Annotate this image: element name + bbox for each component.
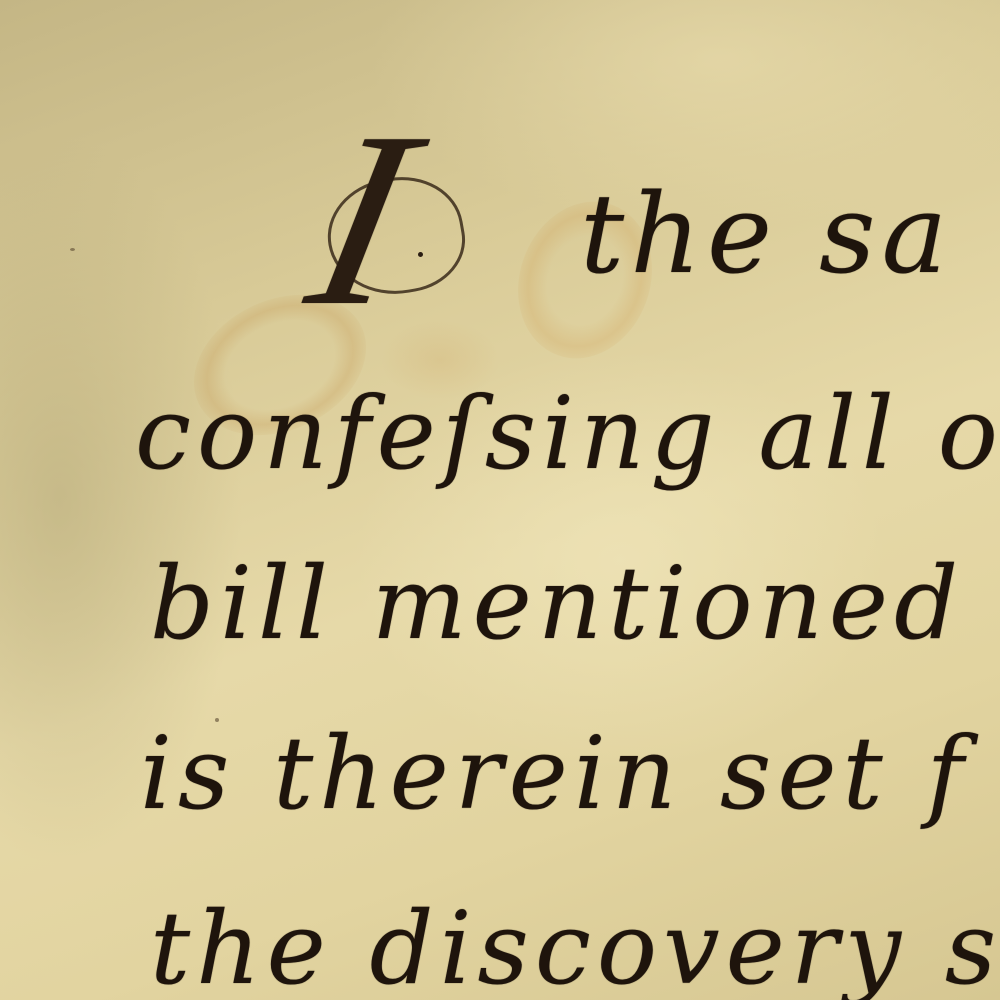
manuscript-line-5: the discovery s [150,890,1000,1000]
manuscript-page: I the sa confeſsing all o bill mentioned… [0,0,1000,1000]
ink-speck [70,248,75,251]
manuscript-line-2: confeſsing all o [135,375,1000,492]
manuscript-line-1: the sa [580,170,953,298]
manuscript-line-3: bill mentioned [150,545,964,662]
initial-flourish-dot [418,252,423,257]
manuscript-line-4: is therein set f [140,715,970,832]
